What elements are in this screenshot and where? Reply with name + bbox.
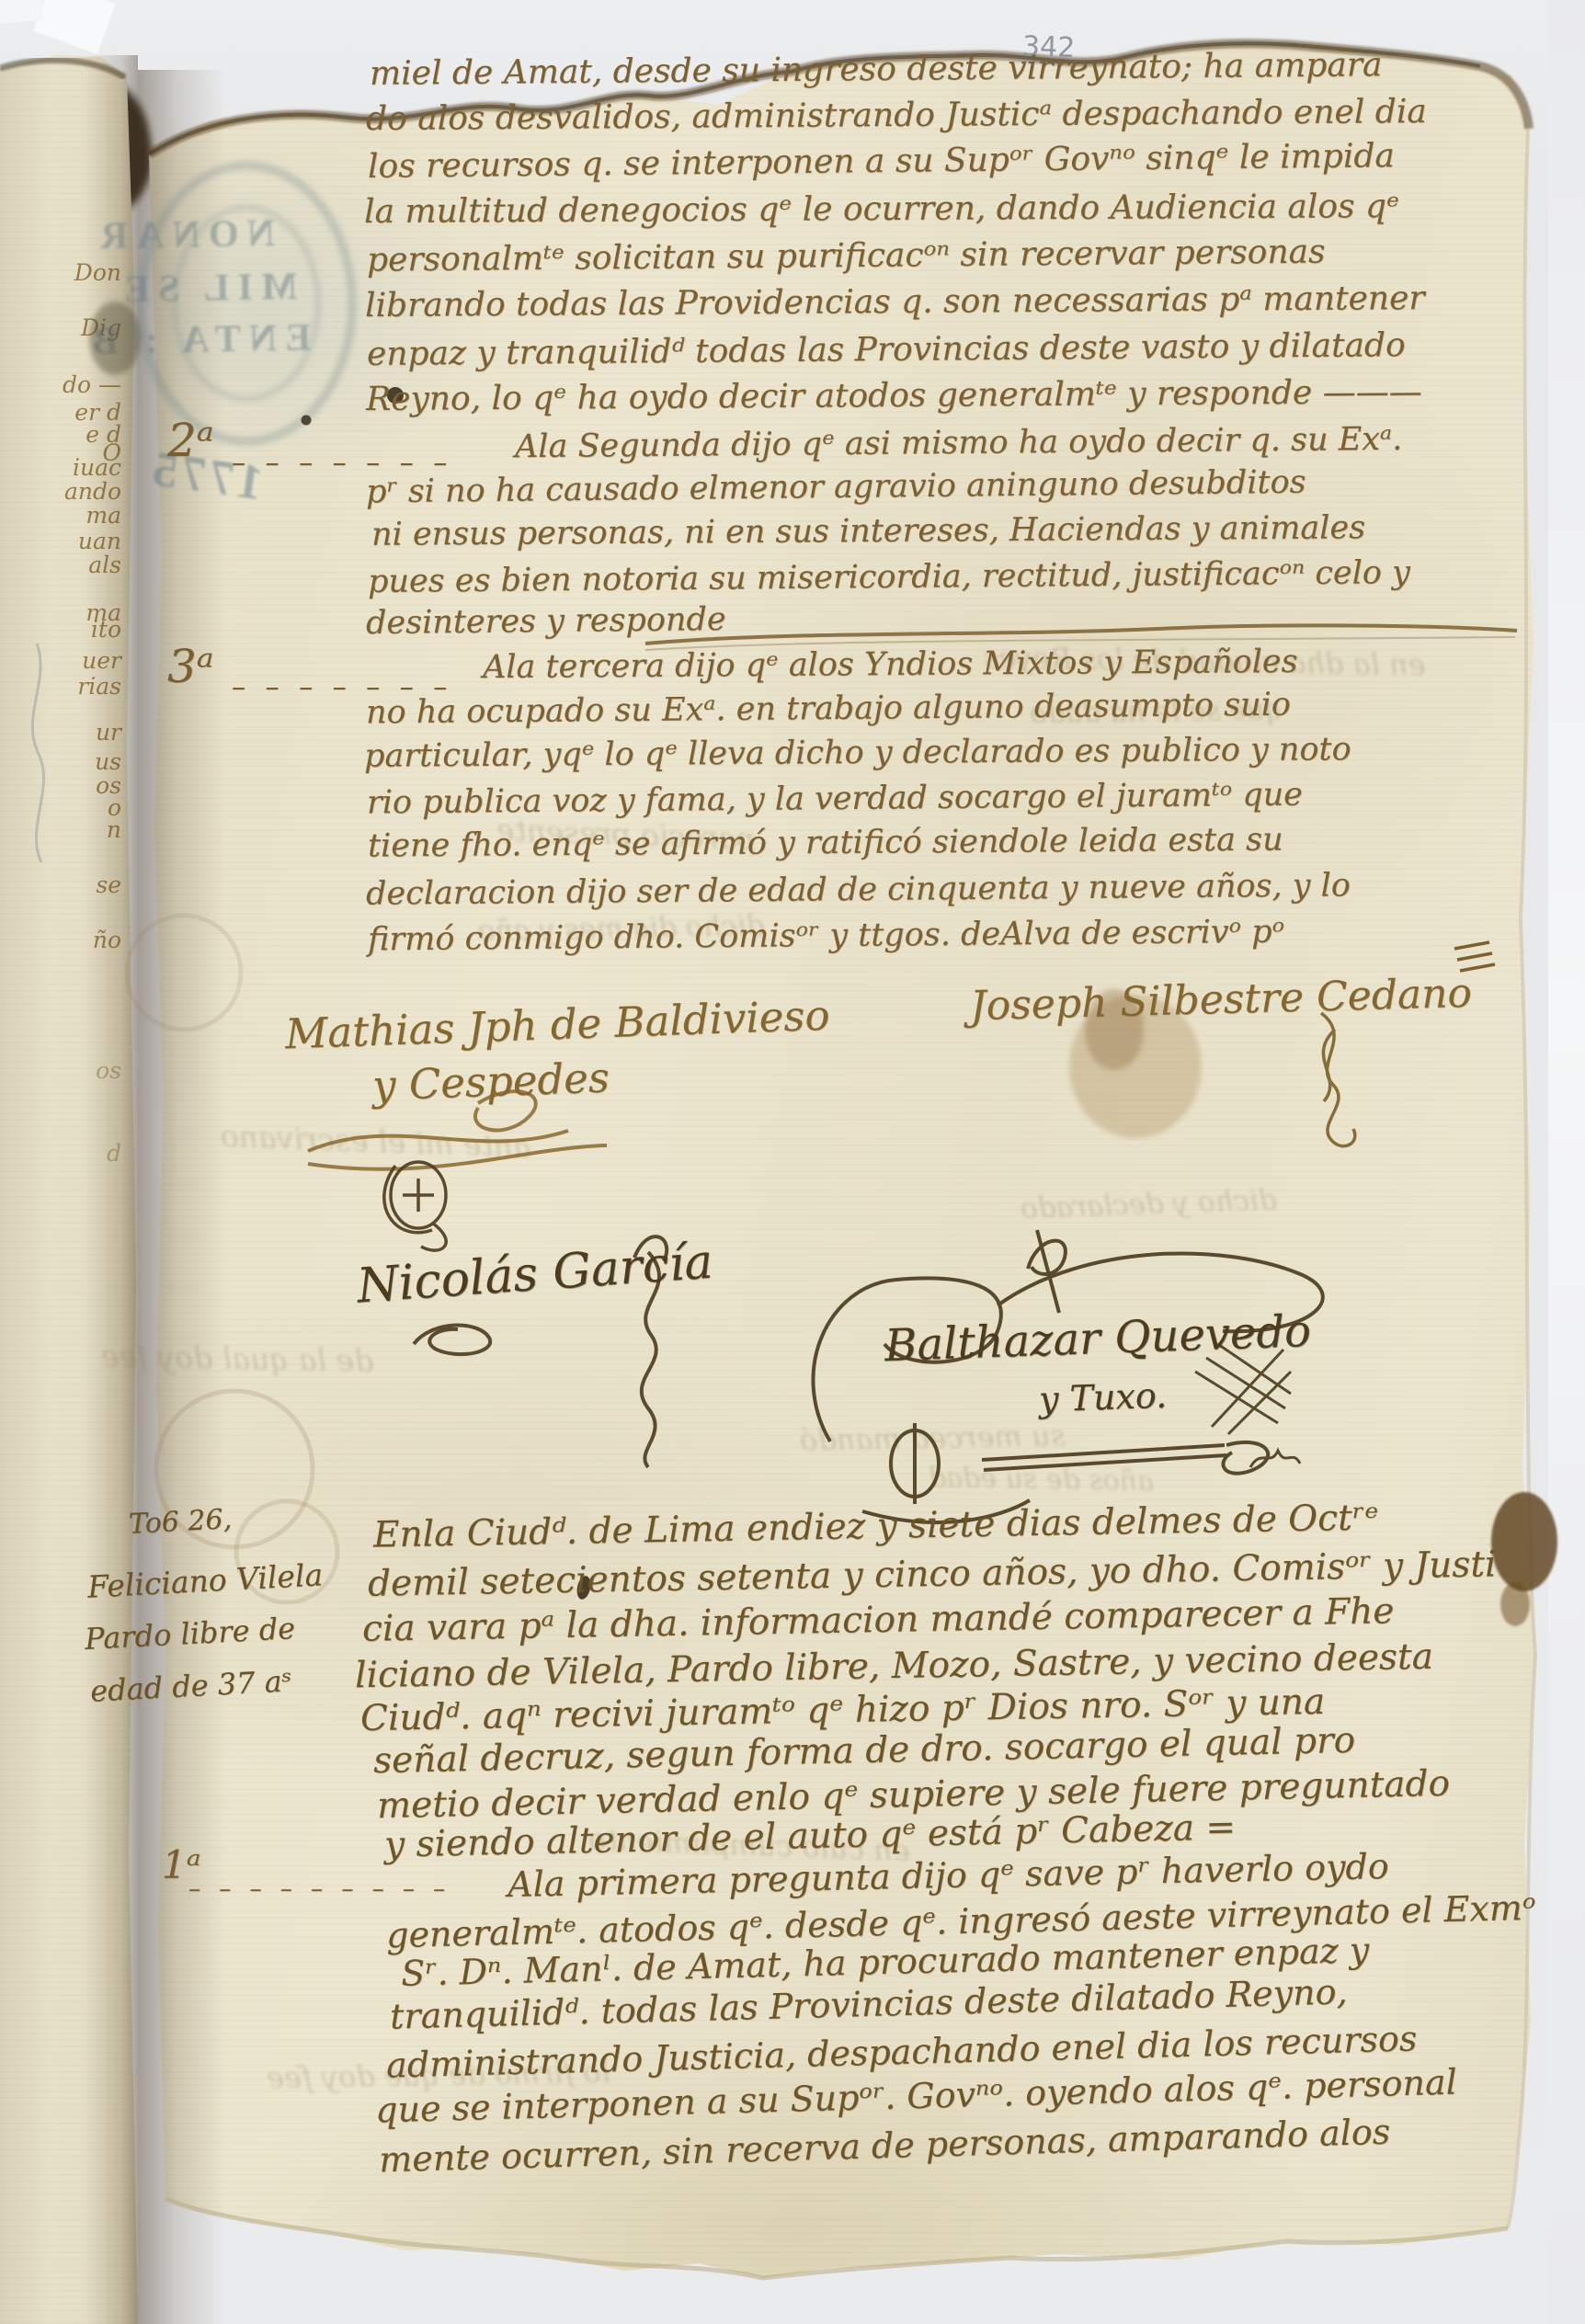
marker-dashes: – – – – – – – – – <box>188 1875 450 1903</box>
text-line: pues es bien notoria su misericordia, re… <box>368 554 1410 600</box>
scanned-manuscript: Don Dig do — er d e d O iuac ando ma uan… <box>0 0 1585 2324</box>
signature-baldivieso-line2: y Cespedes <box>371 1054 610 1111</box>
signature-quevedo: Balthazar Quevedo <box>884 1305 1312 1372</box>
margin-note-witness-number: To6 26, <box>128 1503 233 1541</box>
text-line: Reyno, lo qᵉ ha oydo decir atodos genera… <box>366 373 1422 418</box>
text-line: la multitud denegocios qᵉ le ocurren, da… <box>364 188 1399 231</box>
signature-cedano: Joseph Silbestre Cedano <box>969 970 1472 1030</box>
signature-quevedo-line2: y Tuxo. <box>1038 1375 1168 1420</box>
text-line: personalmᵗᵉ solicitan su purificacᵒⁿ sin… <box>367 233 1326 279</box>
text-line: librando todas las Providencias q. son n… <box>365 279 1425 325</box>
text-line: do alos desvalidos, administrando Justic… <box>366 93 1427 138</box>
signature-baldivieso: Mathias Jph de Baldivieso <box>284 991 830 1059</box>
text-line: Ala tercera dijo qᵉ alos Yndios Mixtos y… <box>483 644 1298 686</box>
text-line: tiene fho. enqᵉ se afirmó y ratificó sie… <box>368 822 1283 865</box>
text-line: pʳ si no ha causado elmenor agravio anin… <box>366 464 1306 511</box>
text-line: Enla Ciudᵈ. de Lima endiez y siete dias … <box>373 1497 1379 1555</box>
text-line: particular, yqᵉ lo qᵉ lleva dicho y decl… <box>364 731 1351 774</box>
text-line: desinteres y responde <box>366 601 726 642</box>
text-line: enpaz y tranquilidᵈ todas las Provincias… <box>367 326 1406 373</box>
text-line: rio publica voz y fama, y la verdad soca… <box>367 777 1303 822</box>
margin-note-witness-name: Feliciano Vilela <box>86 1556 324 1604</box>
margin-note-witness-status: Pardo libre de <box>84 1611 296 1657</box>
text-line: declaracion dijo ser de edad de cinquent… <box>366 867 1351 912</box>
handwritten-text-layer: 342 miel de Amat, desde su ingreso deste… <box>0 0 1585 2324</box>
text-line: no ha ocupado su Exᵃ. en trabajo alguno … <box>366 687 1291 732</box>
text-line: Ala Segunda dijo qᵉ asi mismo ha oydo de… <box>515 421 1403 465</box>
text-line: los recursos q. se interponen a su Supᵒʳ… <box>368 137 1395 186</box>
paragraph-marker-2a: 2ᵃ <box>167 414 214 467</box>
margin-note-witness-age: edad de 37 aˢ <box>89 1663 292 1708</box>
text-line: miel de Amat, desde su ingreso deste vir… <box>370 46 1383 93</box>
paragraph-marker-3a: 3ᵃ <box>167 640 214 693</box>
text-line: firmó conmigo dho. Comisᵒʳ y ttgos. deAl… <box>368 914 1284 959</box>
text-line: ni ensus personas, ni en sus intereses, … <box>371 509 1365 553</box>
signature-garcia: Nicolás García <box>355 1235 714 1315</box>
